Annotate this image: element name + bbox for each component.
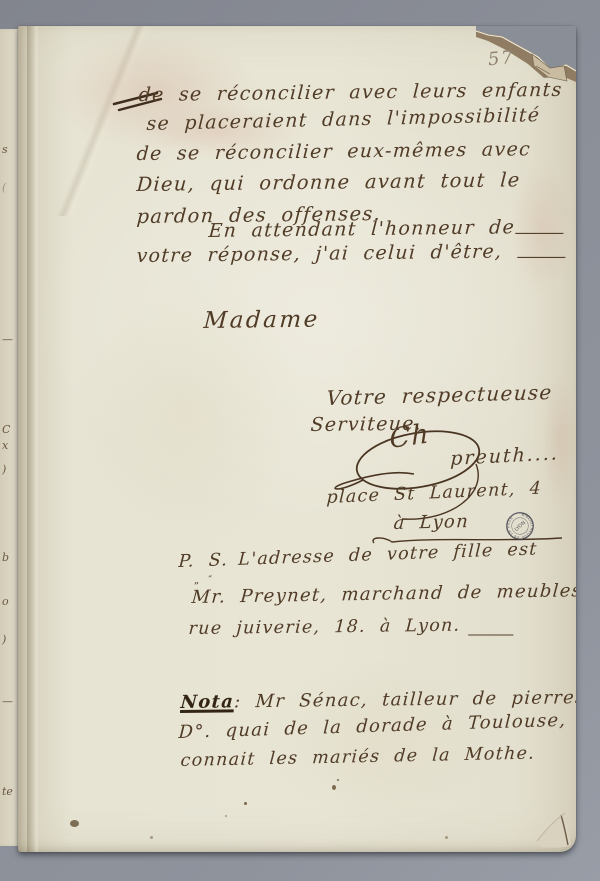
letter-line: de se réconcilier eux-mêmes avec xyxy=(136,140,532,164)
nota-line: connait les mariés de la Mothe. xyxy=(180,746,536,771)
postscript-submarks: „ ″ xyxy=(194,575,215,586)
ink-spot xyxy=(225,815,227,817)
postscript-line: Mr. Preynet, marchand de meubles xyxy=(191,582,576,607)
nota-text: : Mr Sénac, tailleur de pierres xyxy=(234,687,576,712)
margin-fragment: s xyxy=(2,144,8,155)
filler-dash: — xyxy=(513,223,566,243)
postscript-label: P. S. xyxy=(178,550,229,572)
letter-line: En attendant l'honneur de xyxy=(208,218,516,241)
letter-page: 57 de se réconcilier avec leurs enfants … xyxy=(18,26,576,852)
margin-fragment: — xyxy=(2,334,13,345)
letter-line: Dieu, qui ordonne avant tout le xyxy=(136,170,521,194)
nota-line: D°. quai de la dorade à Toulouse, xyxy=(178,712,567,742)
ink-spot xyxy=(70,820,79,827)
margin-fragment: o xyxy=(2,596,9,607)
margin-fragment: x xyxy=(2,440,8,451)
filler-dash: — xyxy=(515,247,568,267)
nota-line: Nota: Mr Sénac, tailleur de pierres xyxy=(180,689,576,712)
filler-dash: — xyxy=(466,624,516,643)
salutation: Madame xyxy=(203,309,320,333)
folio-number: 57 xyxy=(487,47,516,71)
ink-spot xyxy=(332,785,336,790)
stamp-center-text: LYON xyxy=(514,520,528,533)
nota-label: Nota xyxy=(180,691,235,713)
paper-stain xyxy=(263,656,493,826)
margin-fragment: ( xyxy=(2,182,6,193)
corner-curl xyxy=(531,805,575,851)
postscript-text: L'adresse de votre fille est xyxy=(238,539,538,570)
letter-line: se placeraient dans l'impossibilité xyxy=(146,106,541,134)
margin-fragment: ) xyxy=(2,464,6,475)
margin-fragment: C xyxy=(2,424,10,435)
signature-initials: Ch xyxy=(389,420,430,453)
letter-line: votre réponse, j'ai celui d'être, xyxy=(136,243,503,266)
valediction-line: Votre respectueuse xyxy=(326,382,553,408)
address-line: à Lyon xyxy=(393,513,470,533)
letter-line: de se réconcilier avec leurs enfants xyxy=(138,81,563,105)
ink-spot xyxy=(150,836,153,839)
ink-spot xyxy=(445,836,448,839)
manuscript-photo: s ( — C x ) b o ) — te xyxy=(0,0,600,881)
ink-spot xyxy=(244,802,247,805)
margin-fragment: — xyxy=(2,696,13,707)
postscript-line: P. S. L'adresse de votre fille est xyxy=(178,541,538,571)
ink-spot xyxy=(337,779,339,781)
margin-fragment: ) xyxy=(2,634,6,645)
postscript-line: rue juiverie, 18. à Lyon. xyxy=(188,618,461,639)
margin-fragment: b xyxy=(2,552,9,563)
margin-fragment: te xyxy=(2,786,13,797)
